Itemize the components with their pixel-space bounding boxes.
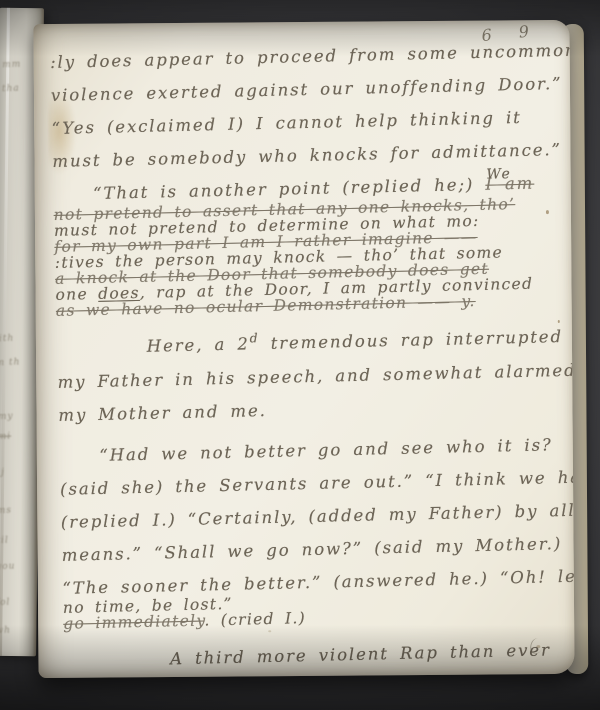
manuscript-line: :ly does appear to proceed from some unc… (50, 40, 566, 74)
text-segment: (said she) the Servants are out.” “I thi… (60, 467, 575, 499)
text-segment: We (486, 166, 512, 183)
manuscript-line: “Had we not better go and see who it is? (59, 434, 574, 468)
manuscript-line: again assaulted our ears. “I am certain … (65, 672, 575, 678)
text-segment: :ly does appear to proceed from some unc… (50, 41, 575, 72)
text-segment: “Yes (exclaimed I) I cannot help thinkin… (51, 108, 521, 138)
manuscript-line: my Mother and me. (58, 393, 574, 427)
bleedthrough-fragment: fol (0, 598, 11, 609)
manuscript-line: my Father in his speech, and somewhat al… (57, 360, 573, 394)
text-segment: (replied I.) “Certainly, (added my Fathe… (61, 501, 575, 532)
page-fold-highlight (0, 8, 10, 656)
manuscript-text: :ly does appear to proceed from some unc… (50, 29, 575, 678)
text-segment: must be somebody who knocks for admittan… (52, 140, 562, 171)
photograph-of-manuscript: mmthaithm thmymiijmstilyoufolwh 6 9 :ly … (0, 0, 600, 710)
manuscript-line: Here, a 2d tremendous rap interrupted (57, 326, 573, 361)
text-segment: tremendous rap interrupted (259, 327, 563, 353)
bleedthrough-fragment: ith (0, 334, 14, 345)
text-segment: d (249, 331, 259, 345)
bleedthrough-fragment: ms (0, 506, 12, 517)
text-segment: my Mother and me. (58, 401, 267, 425)
struck-text: go immediately (63, 612, 204, 633)
manuscript-line: A third more violent Rap than ever (64, 639, 575, 673)
text-segment: Here, a 2 (147, 334, 250, 355)
text-segment: “Had we not better go and see who it is? (99, 435, 553, 465)
manuscript-line: “Yes (exclaimed I) I cannot help thinkin… (51, 106, 567, 140)
bleedthrough-fragment: you (0, 561, 16, 572)
manuscript-line: (said she) the Servants are out.” “I thi… (60, 467, 575, 501)
bleedthrough-fragment: m th (0, 357, 21, 368)
manuscript-line: violence exerted against our unoffending… (51, 73, 567, 107)
text-segment: . (cried I.) (204, 609, 306, 629)
text-segment: again assaulted our ears. “I am certain … (65, 673, 575, 679)
manuscript-line: means.” “Shall we go now?” (said my Moth… (61, 533, 574, 567)
text-segment: A third more violent Rap than ever (170, 640, 551, 668)
text-segment: means.” “Shall we go now?” (said my Moth… (61, 534, 562, 565)
text-segment: violence exerted against our unoffending… (51, 74, 563, 105)
manuscript-line: (replied I.) “Certainly, (added my Fathe… (61, 500, 575, 534)
bleedthrough-fragment: ij (0, 468, 5, 478)
bleedthrough-fragment: tha (2, 84, 20, 95)
manuscript-page: 6 9 :ly does appear to proceed from some… (33, 20, 574, 678)
bleedthrough-fragment: mm (2, 60, 21, 71)
bleedthrough-fragment: til (0, 536, 9, 546)
bleedthrough-fragment: mi (0, 432, 11, 443)
text-segment: my Father in his speech, and somewhat al… (57, 361, 574, 392)
bleedthrough-fragment: wh (0, 626, 11, 637)
bleedthrough-fragment: my (0, 412, 14, 423)
